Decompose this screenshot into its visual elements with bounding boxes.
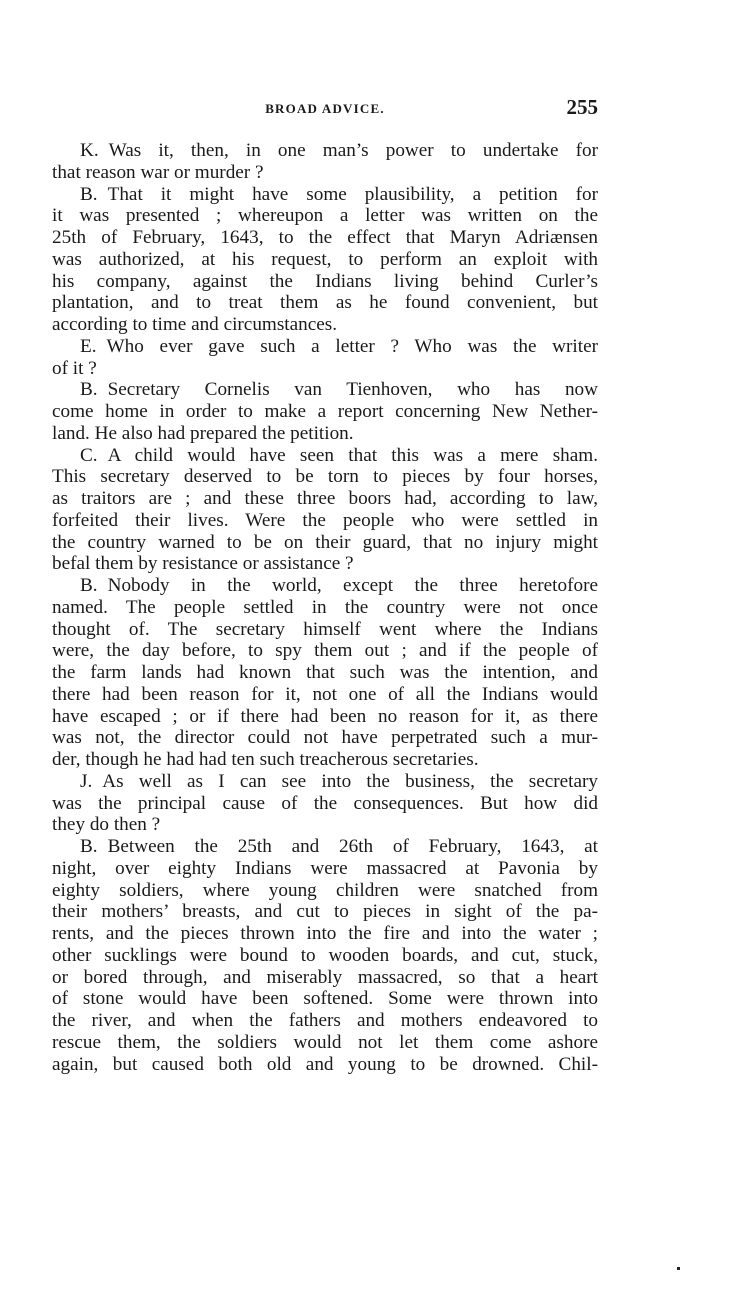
text-line: there had been reason for it, not one of… — [52, 684, 598, 706]
running-head: BROAD ADVICE. 255 — [52, 95, 598, 121]
text-line: or bored through, and miserably massacre… — [52, 967, 598, 989]
line-text: That it might have some plausibility, a … — [108, 184, 598, 205]
line-text: come home in order to make a report conc… — [52, 401, 598, 422]
text-line: the country warned to be on their guard,… — [52, 532, 598, 554]
text-line: befal them by resistance or assistance ? — [52, 553, 598, 575]
text-line: as traitors are ; and these three boors … — [52, 488, 598, 510]
speaker-initial: B. — [80, 184, 98, 206]
text-line: other sucklings were bound to wooden boa… — [52, 945, 598, 967]
speech-line: K.Was it, then, in one man’s power to un… — [52, 140, 598, 162]
line-text: the river, and when the fathers and moth… — [52, 1010, 598, 1031]
speech-line: B.That it might have some plausibility, … — [52, 184, 598, 206]
line-text: rescue them, the soldiers would not let … — [52, 1032, 598, 1053]
line-text: of stone would have been softened. Some … — [52, 988, 598, 1009]
text-line: thought of. The secretary himself went w… — [52, 619, 598, 641]
text-line: their mothers’ breasts, and cut to piece… — [52, 901, 598, 923]
body-text: K.Was it, then, in one man’s power to un… — [52, 140, 598, 1075]
speaker-initial: B. — [80, 575, 98, 597]
text-line: night, over eighty Indians were massacre… — [52, 858, 598, 880]
text-line: der, though he had had ten such treacher… — [52, 749, 598, 771]
text-line: plantation, and to treat them as he foun… — [52, 292, 598, 314]
text-line: named. The people settled in the country… — [52, 597, 598, 619]
speaker-initial: C. — [80, 445, 98, 467]
text-line: have escaped ; or if there had been no r… — [52, 706, 598, 728]
line-text: land. He also had prepared the petition. — [52, 423, 354, 444]
line-text: A child would have seen that this was a … — [108, 445, 598, 466]
line-text: Secretary Cornelis van Tienhoven, who ha… — [108, 379, 598, 400]
line-text: was the principal cause of the consequen… — [52, 793, 598, 814]
line-text: plantation, and to treat them as he foun… — [52, 292, 598, 313]
line-text: was not, the director could not have per… — [52, 727, 598, 748]
speech-line: C.A child would have seen that this was … — [52, 445, 598, 467]
line-text: have escaped ; or if there had been no r… — [52, 706, 598, 727]
text-line: forfeited their lives. Were the people w… — [52, 510, 598, 532]
text-line: rescue them, the soldiers would not let … — [52, 1032, 598, 1054]
text-line: eighty soldiers, where young children we… — [52, 880, 598, 902]
line-text: rents, and the pieces thrown into the fi… — [52, 923, 598, 944]
line-text: eighty soldiers, where young children we… — [52, 880, 598, 901]
text-line: his company, against the Indians living … — [52, 271, 598, 293]
line-text: they do then ? — [52, 814, 160, 835]
line-text: other sucklings were bound to wooden boa… — [52, 945, 598, 966]
text-line: again, but caused both old and young to … — [52, 1054, 598, 1076]
line-text: that reason war or murder ? — [52, 162, 264, 183]
text-line: This secretary deserved to be torn to pi… — [52, 466, 598, 488]
line-text: there had been reason for it, not one of… — [52, 684, 598, 705]
text-line: of it ? — [52, 358, 598, 380]
speech-line: B.Secretary Cornelis van Tienhoven, who … — [52, 379, 598, 401]
text-line: rents, and the pieces thrown into the fi… — [52, 923, 598, 945]
text-line: come home in order to make a report conc… — [52, 401, 598, 423]
speech-line: E.Who ever gave such a letter ? Who was … — [52, 336, 598, 358]
line-text: again, but caused both old and young to … — [52, 1054, 598, 1075]
line-text: Nobody in the world, except the three he… — [108, 575, 598, 596]
speaker-initial: E. — [80, 336, 97, 358]
line-text: the country warned to be on their guard,… — [52, 532, 598, 553]
speaker-initial: K. — [80, 140, 99, 162]
line-text: thought of. The secretary himself went w… — [52, 619, 598, 640]
speech-line: B.Between the 25th and 26th of February,… — [52, 836, 598, 858]
text-line: was authorized, at his request, to perfo… — [52, 249, 598, 271]
text-line: was the principal cause of the consequen… — [52, 793, 598, 815]
text-line: according to time and circumstances. — [52, 314, 598, 336]
line-text: his company, against the Indians living … — [52, 271, 598, 292]
text-line: the river, and when the fathers and moth… — [52, 1010, 598, 1032]
speech-line: J.As well as I can see into the business… — [52, 771, 598, 793]
line-text: the farm lands had known that such was t… — [52, 662, 598, 683]
text-line: they do then ? — [52, 814, 598, 836]
speaker-initial: B. — [80, 379, 98, 401]
line-text: it was presented ; whereupon a letter wa… — [52, 205, 598, 226]
book-page: BROAD ADVICE. 255 K.Was it, then, in one… — [0, 0, 744, 1308]
text-line: was not, the director could not have per… — [52, 727, 598, 749]
line-text: their mothers’ breasts, and cut to piece… — [52, 901, 598, 922]
text-line: the farm lands had known that such was t… — [52, 662, 598, 684]
text-line: it was presented ; whereupon a letter wa… — [52, 205, 598, 227]
line-text: of it ? — [52, 358, 97, 379]
line-text: der, though he had had ten such treacher… — [52, 749, 479, 770]
line-text: as traitors are ; and these three boors … — [52, 488, 598, 509]
line-text: named. The people settled in the country… — [52, 597, 598, 618]
line-text: forfeited their lives. Were the people w… — [52, 510, 598, 531]
scan-speck — [677, 1267, 680, 1270]
text-line: that reason war or murder ? — [52, 162, 598, 184]
running-title: BROAD ADVICE. — [52, 101, 598, 117]
line-text: befal them by resistance or assistance ? — [52, 553, 354, 574]
line-text: 25th of February, 1643, to the effect th… — [52, 227, 598, 248]
page-number: 255 — [567, 95, 599, 120]
text-line: of stone would have been softened. Some … — [52, 988, 598, 1010]
line-text: were, the day before, to spy them out ; … — [52, 640, 598, 661]
line-text: was authorized, at his request, to perfo… — [52, 249, 598, 270]
line-text: Who ever gave such a letter ? Who was th… — [107, 336, 598, 357]
text-line: land. He also had prepared the petition. — [52, 423, 598, 445]
line-text: night, over eighty Indians were massacre… — [52, 858, 598, 879]
line-text: As well as I can see into the business, … — [102, 771, 598, 792]
line-text: This secretary deserved to be torn to pi… — [52, 466, 598, 487]
line-text: according to time and circumstances. — [52, 314, 337, 335]
line-text: Between the 25th and 26th of February, 1… — [108, 836, 598, 857]
line-text: or bored through, and miserably massacre… — [52, 967, 598, 988]
speaker-initial: B. — [80, 836, 98, 858]
line-text: Was it, then, in one man’s power to unde… — [109, 140, 598, 161]
text-line: were, the day before, to spy them out ; … — [52, 640, 598, 662]
text-line: 25th of February, 1643, to the effect th… — [52, 227, 598, 249]
speech-line: B.Nobody in the world, except the three … — [52, 575, 598, 597]
speaker-initial: J. — [80, 771, 92, 793]
